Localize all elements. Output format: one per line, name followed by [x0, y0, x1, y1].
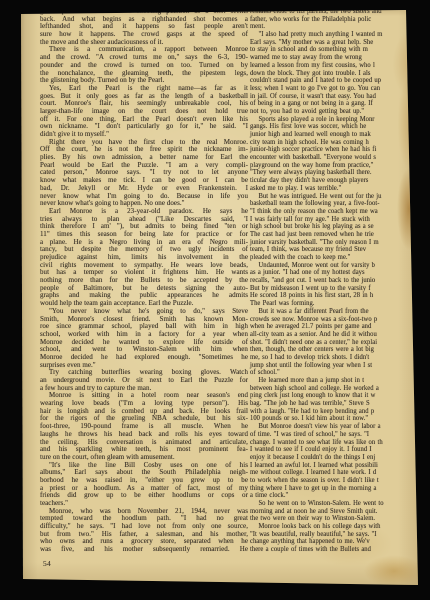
- text-line: father, who works for the Philadelphia p…: [250, 16, 430, 24]
- text-line: there a couple of times with the Bullets…: [250, 546, 430, 554]
- article-column-left: goes up with the ball in a shooting posi…: [40, 8, 248, 554]
- text-line: friends did grow up to be either hoodlum…: [40, 492, 248, 500]
- magazine-page: goes up with the ball in a shooting posi…: [16, 4, 424, 596]
- text-line: was five, and his mother subsequently re…: [40, 546, 248, 554]
- article-column-right: remains close to his parents, the two si…: [250, 8, 430, 554]
- page-number: 54: [43, 559, 51, 568]
- photo-background: goes up with the ball in a shooting posi…: [0, 0, 430, 600]
